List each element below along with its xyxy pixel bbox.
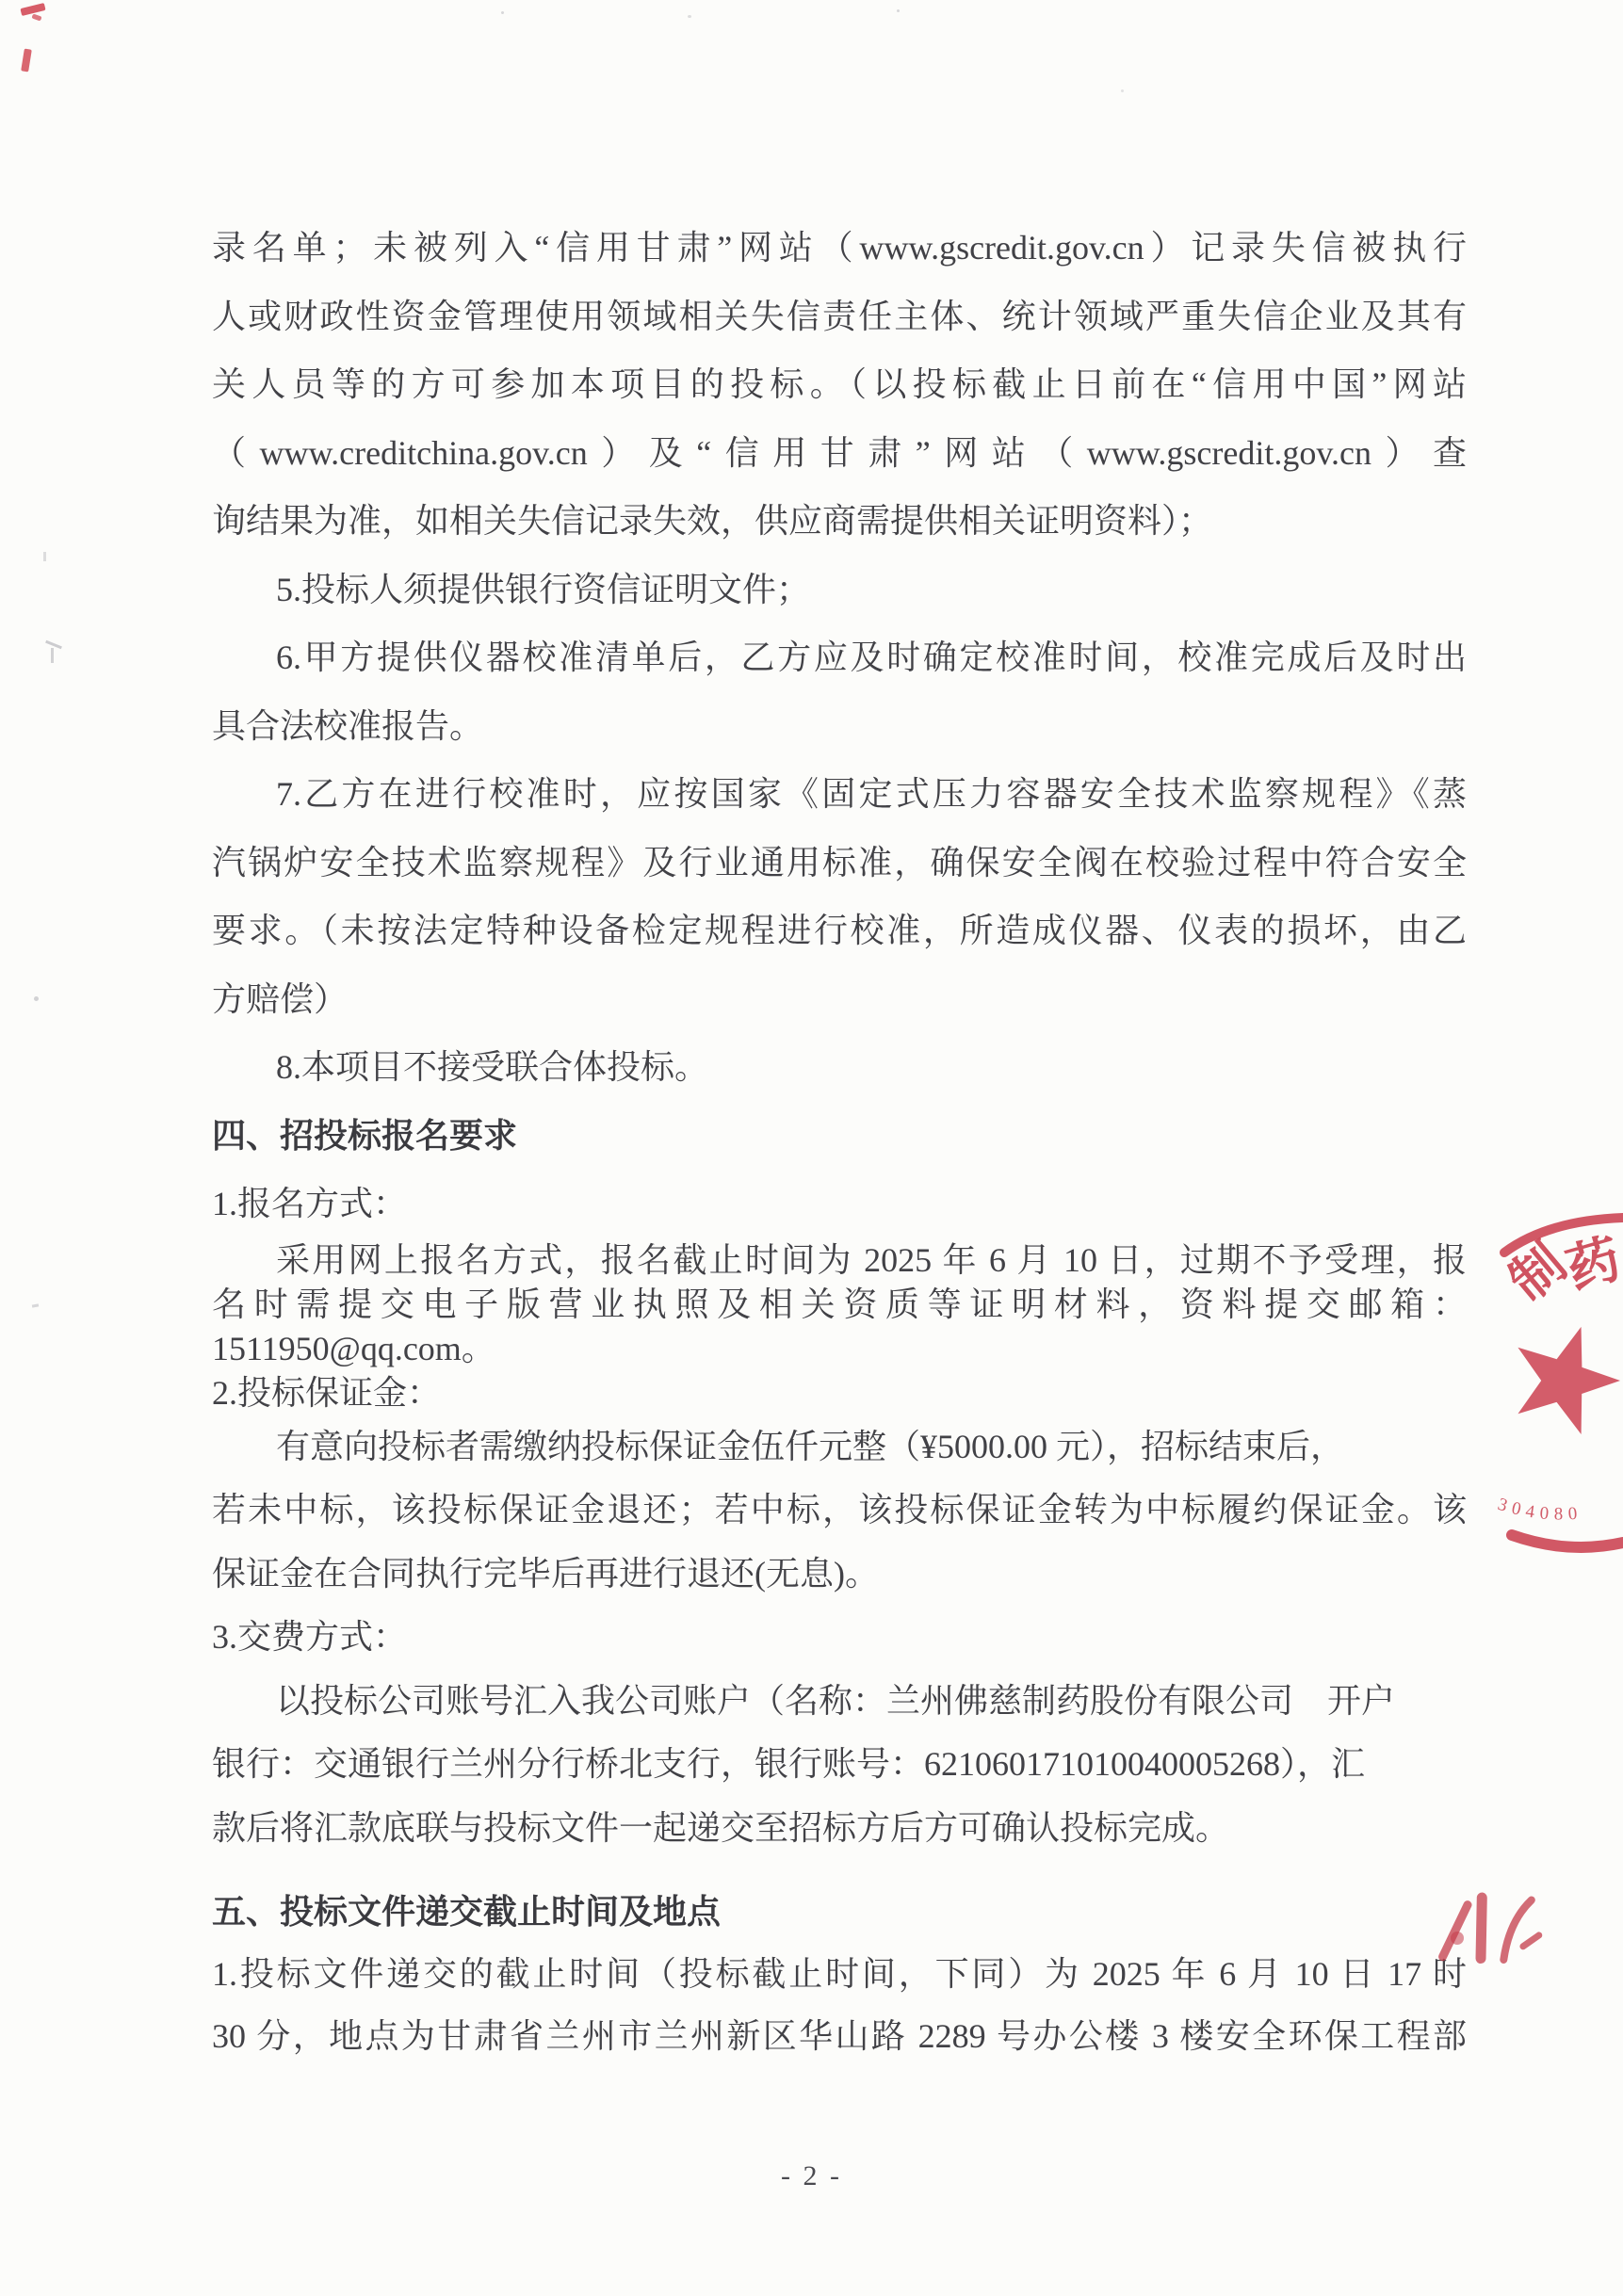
text-line: 录名单；未被列入“信用甘肃”网站（www.gscredit.gov.cn）记录失… <box>212 214 1467 283</box>
section-registration: 采用网上报名方式，报名截止时间为 2025 年 6 月 10 日，过期不予受理，… <box>212 1238 1467 1415</box>
corner-mark <box>21 49 32 73</box>
text-line: 2.投标保证金： <box>212 1371 1467 1415</box>
seal-char-yao: 药 <box>1561 1230 1623 1301</box>
section-heading: 五、投标文件递交截止时间及地点 <box>212 1881 1467 1943</box>
seal-serial: 304080 <box>1496 1495 1584 1525</box>
text-line: 要求。（未按法定特种设备检定规程进行校准，所造成仪器、仪表的损坏，由乙 <box>212 897 1467 965</box>
text-line: 3.交费方式： <box>212 1606 1467 1670</box>
seal-arc-bottom <box>1512 1535 1623 1547</box>
text-line: 保证金在合同执行完毕后再进行退还(无息)。 <box>212 1543 1467 1607</box>
corner-mark <box>31 13 41 21</box>
text-line: 询结果为准，如相关失信记录失效，供应商需提供相关证明资料）； <box>212 487 1467 556</box>
text-line: 若未中标，该投标保证金退还；若中标，该投标保证金转为中标履约保证金。该 <box>212 1479 1467 1543</box>
text-line: 名时需提交电子版营业执照及相关资质等证明材料，资料提交邮箱： <box>212 1283 1467 1327</box>
seal-star-icon <box>1499 1310 1623 1440</box>
text-line: 款后将汇款底联与投标文件一起递交至招标方后方可确认投标完成。 <box>212 1797 1467 1861</box>
text-line: （www.creditchina.gov.cn）及“信用甘肃”网站（www.gs… <box>212 419 1467 488</box>
scan-artifact <box>688 15 691 18</box>
text-line: 1511950@qq.com。 <box>212 1327 1467 1371</box>
text-line: 人或财政性资金管理使用领域相关失信责任主体、统计领域严重失信企业及其有 <box>212 283 1467 351</box>
text-line: 银行：交通银行兰州分行桥北支行，银行账号：6210601710100400052… <box>212 1733 1467 1797</box>
text-line: 有意向投标者需缴纳投标保证金伍仟元整（¥5000.00 元），招标结束后， <box>212 1415 1467 1479</box>
svg-text:304080: 304080 <box>1496 1495 1584 1525</box>
text-line: 方赔偿） <box>212 965 1467 1034</box>
text-line: 30 分，地点为甘肃省兰州市兰州新区华山路 2289 号办公楼 3 楼安全环保工… <box>212 2005 1467 2067</box>
section-deposit-payment: 有意向投标者需缴纳投标保证金伍仟元整（¥5000.00 元），招标结束后， 若未… <box>212 1415 1467 1861</box>
text-line: 1.投标文件递交的截止时间（投标截止时间，下同）为 2025 年 6 月 10 … <box>212 1943 1467 2005</box>
scan-artifact <box>32 1303 39 1307</box>
text-line: 5.投标人须提供银行资信证明文件； <box>212 556 1467 624</box>
text-line: 1.报名方式： <box>212 1170 1467 1238</box>
scan-artifact <box>45 640 62 650</box>
text-line: 采用网上报名方式，报名截止时间为 2025 年 6 月 10 日，过期不予受理，… <box>212 1238 1467 1283</box>
page-number: - 2 - <box>0 2160 1623 2192</box>
text-line: 8.本项目不接受联合体投标。 <box>212 1033 1467 1102</box>
scanned-document-page: 录名单；未被列入“信用甘肃”网站（www.gscredit.gov.cn）记录失… <box>0 0 1623 2296</box>
document-body: 录名单；未被列入“信用甘肃”网站（www.gscredit.gov.cn）记录失… <box>212 214 1467 2067</box>
scan-artifact <box>1121 89 1124 92</box>
text-line: 关人员等的方可参加本项目的投标。（以投标截止日前在“信用中国”网站 <box>212 350 1467 419</box>
section-conditions: 录名单；未被列入“信用甘肃”网站（www.gscredit.gov.cn）记录失… <box>212 214 1467 1238</box>
scan-artifact <box>51 648 54 663</box>
text-line: 以投标公司账号汇入我公司账户（名称：兰州佛慈制药股份有限公司 开户 <box>212 1670 1467 1734</box>
scan-artifact <box>501 11 504 14</box>
text-line: 7.乙方在进行校准时，应按国家《固定式压力容器安全技术监察规程》《蒸 <box>212 760 1467 829</box>
text-line: 具合法校准报告。 <box>212 692 1467 761</box>
company-seal: 制 药 304080 <box>1491 1213 1623 1561</box>
section-deadline: 五、投标文件递交截止时间及地点 1.投标文件递交的截止时间（投标截止时间，下同）… <box>212 1881 1467 2067</box>
stamp-fragment <box>1418 1884 1568 1978</box>
scan-artifact <box>897 9 900 12</box>
text-line: 汽锅炉安全技术监察规程》及行业通用标准，确保安全阀在校验过程中符合安全 <box>212 829 1467 897</box>
section-heading: 四、招投标报名要求 <box>212 1102 1467 1171</box>
scan-artifact <box>43 552 46 561</box>
scan-artifact <box>34 996 39 1001</box>
text-line: 6.甲方提供仪器校准清单后，乙方应及时确定校准时间，校准完成后及时出 <box>212 623 1467 692</box>
